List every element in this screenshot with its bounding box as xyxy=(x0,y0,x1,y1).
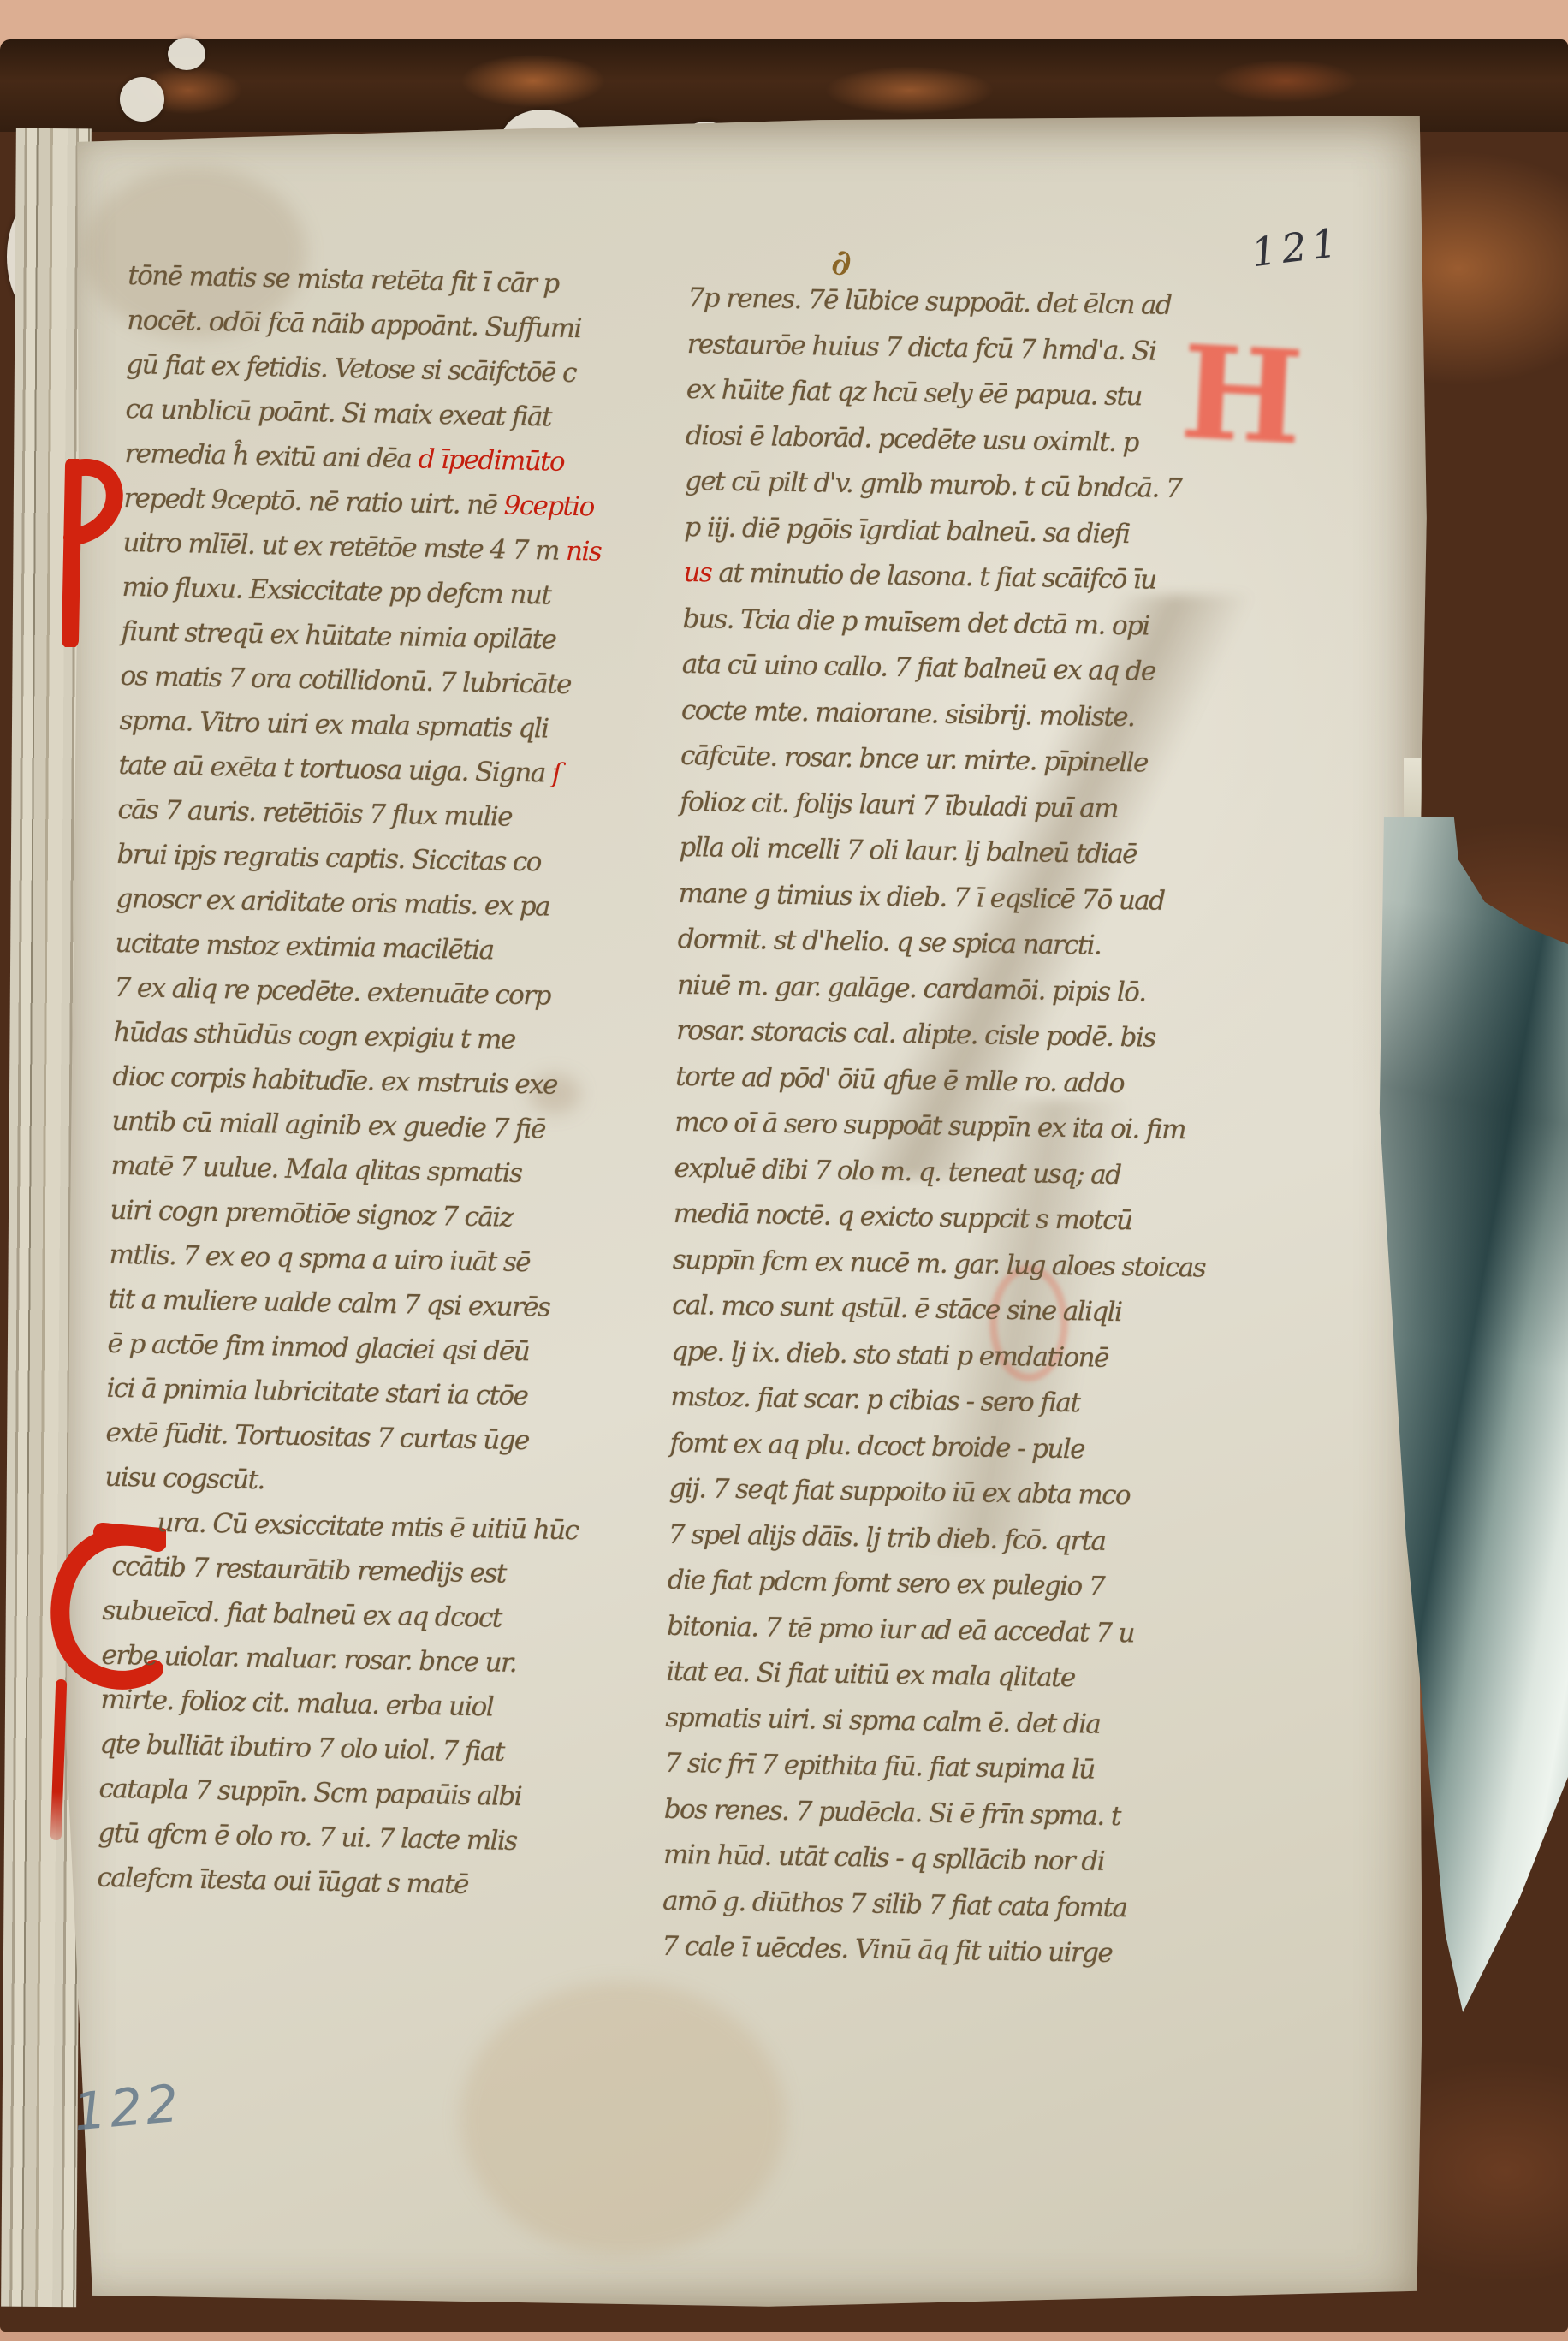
ink-text: cal. mco sunt qstūl. ē stāce sine aliqli xyxy=(672,1290,1122,1328)
ink-text: bitonia. 7 tē pmo iur ad eā accedat 7 u xyxy=(667,1610,1134,1649)
text-line: qpe. lj ix. dieb. sto stati p emdationē xyxy=(671,1328,1204,1382)
ink-text: bus. Tcia die p muīsem det dctā m. opi xyxy=(682,603,1149,641)
text-line: die fiat pdcm fomt sero ex pulegio 7 xyxy=(668,1558,1201,1612)
ink-text: ca unblicū poānt. Si maix exeat fiāt xyxy=(125,394,551,433)
ink-text: cās 7 auris. retētiōis 7 flux mulie xyxy=(117,794,512,833)
ink-text: tit a muliere ualde calm 7 qsi exurēs xyxy=(108,1284,549,1323)
ink-text: qpe. lj ix. dieb. sto stati p emdationē xyxy=(671,1335,1108,1373)
text-line: cāfcūte. rosar. bnce ur. mirte. pīpinell… xyxy=(680,734,1214,787)
text-line: get cū pilt d'v. gmlb murob. t cū bndcā.… xyxy=(685,459,1218,513)
ink-text: 7 sic frī 7 epithita fiū. fiat supima lū xyxy=(664,1748,1094,1785)
ink-text: erbe uiolar. maluar. rosar. bnce ur. xyxy=(101,1640,516,1679)
text-line: mane g timius ix dieb. 7 ī eqslicē 7ō ua… xyxy=(678,870,1211,924)
ink-text: ē p actōe fim inmod glaciei qsi dēū xyxy=(107,1328,529,1367)
ink-text: nocēt. odōi fcā nāib appoānt. Suffumi xyxy=(127,305,581,344)
text-line: fomt ex aq plu. dcoct broide - pule xyxy=(669,1420,1203,1474)
ink-text: tōnē matis se mista retēta fit ī cār p xyxy=(128,260,559,300)
rubric-text: ſ xyxy=(544,758,561,788)
ink-text: dormit. st d'helio. q se spica narcti. xyxy=(678,924,1102,961)
text-line: ex hūite fiat qz hcū sely ēē papua. stu xyxy=(686,367,1219,421)
text-line: us at minutio de lasona. t fiat scāifcō … xyxy=(683,550,1216,604)
ink-text: gū fiat ex fetidis. Vetose si scāifctōē … xyxy=(126,349,576,389)
text-line: 7 spel alijs dāīs. lj trib dieb. fcō. qr… xyxy=(668,1512,1201,1566)
ink-text: gnoscr ex ariditate oris matis. ex pa xyxy=(116,883,549,923)
ink-text: cāfcūte. rosar. bnce ur. mirte. pīpinell… xyxy=(680,740,1148,779)
ink-text: uitro mlīēl. ut ex retētōe mste 4 7 m xyxy=(122,527,559,567)
ink-text: restaurōe huius 7 dicta fcū 7 hmd'a. Si xyxy=(686,328,1155,366)
text-line: torte ad pōd' ōiū qfue ē mlle ro. addo xyxy=(675,1054,1209,1108)
ink-text: untib cū miall aginib ex guedie 7 fiē xyxy=(111,1106,545,1145)
ink-text: 7 cale ī uēcdes. Vinū āq fit uitio uirge xyxy=(662,1931,1112,1969)
text-column-right: 7p renes. 7ē lūbice suppoāt. det ēlcn ad… xyxy=(662,276,1221,1978)
ink-text: plla oli mcelli 7 oli laur. lj balneū td… xyxy=(679,832,1137,870)
ink-text: die fiat pdcm fomt sero ex pulegio 7 xyxy=(668,1565,1105,1602)
text-line: rosar. storacis cal. alipte. cisle podē.… xyxy=(676,1008,1209,1062)
text-line: bus. Tcia die p muīsem det dctā m. opi xyxy=(682,596,1215,650)
manuscript-photo: 121 ∂ 122 H tōnē matis se mista retēta f… xyxy=(0,0,1568,2341)
ink-text: mio fluxu. Exsiccitate pp defcm nut xyxy=(122,572,550,611)
ink-text: extē fūdit. Tortuositas 7 curtas ūge xyxy=(105,1417,529,1456)
ink-text: mane g timius ix dieb. 7 ī eqslicē 7ō ua… xyxy=(678,877,1164,916)
text-line: ata cū uino callo. 7 fiat balneū ex aq d… xyxy=(681,642,1215,696)
text-line: cal. mco sunt qstūl. ē stāce sine aliqli xyxy=(672,1283,1205,1337)
text-line: gij. 7 seqt fiat suppoito iū ex abta mco xyxy=(668,1466,1202,1520)
text-line: bos renes. 7 pudēcla. Si ē frīn spma. t xyxy=(663,1786,1197,1840)
ink-text: mediā noctē. q exicto suppcit s motcū xyxy=(674,1198,1132,1236)
ink-text: 7 spel alijs dāīs. lj trib dieb. fcō. qr… xyxy=(668,1518,1106,1556)
ink-text: diosi ē laborād. pcedēte usu oximlt. p xyxy=(686,419,1138,457)
pencil-folio-number: 122 xyxy=(71,2074,184,2143)
text-line: mediā noctē. q exicto suppcit s motcū xyxy=(673,1191,1206,1245)
ink-text: subueīcd. fiat balneū ex aq dcoct xyxy=(102,1595,502,1634)
ink-text: cocte mte. maiorane. sisibrij. moliste. xyxy=(681,694,1135,732)
clasp-strap-tab xyxy=(1404,758,1421,822)
ink-text: fomt ex aq plu. dcoct broide - pule xyxy=(669,1427,1084,1465)
plaster-blob xyxy=(168,38,205,70)
ink-text: remedia ĥ exitū ani dēa xyxy=(124,438,412,474)
ink-text: folioz cit. folijs lauri 7 ībuladi puī a… xyxy=(680,786,1118,823)
ink-text: hūdas sthūdūs cogn expigiu t me xyxy=(113,1017,515,1055)
text-line: cocte mte. maiorane. sisibrij. moliste. xyxy=(681,687,1215,741)
ink-text: fiunt streqū ex hūitate nimia opilāte xyxy=(121,616,556,656)
text-line: bitonia. 7 tē pmo iur ad eā accedat 7 u xyxy=(667,1603,1200,1657)
text-line: plla oli mcelli 7 oli laur. lj balneū td… xyxy=(679,825,1212,879)
ink-text: repedt 9ceptō. nē ratio uirt. nē xyxy=(123,483,497,520)
ink-text: mco oī ā sero suppoāt suppīn ex ita oi. … xyxy=(674,1107,1185,1145)
text-line: min hūd. utāt calis - q spllācib nor di xyxy=(663,1833,1197,1886)
text-line: folioz cit. folijs lauri 7 ībuladi puī a… xyxy=(680,779,1213,833)
ink-text: brui ipjs regratis captis. Siccitas co xyxy=(116,839,541,878)
ink-text: qte bulliāt ibutiro 7 olo uiol. 7 fiat xyxy=(99,1729,504,1768)
ink-text: os matis 7 ora cotillidonū. 7 lubricāte xyxy=(120,661,571,700)
ink-text: calefcm ītesta oui īūgat s matē xyxy=(97,1863,468,1900)
ink-text: dioc corpis habitudīe. ex mstruis exe xyxy=(112,1061,557,1101)
ink-text: mirte. folioz cit. malua. erba uiol xyxy=(100,1684,493,1723)
ink-text: 7 ex aliq re pcedēte. extenuāte corp xyxy=(114,972,550,1012)
ink-text: expluē dibi 7 olo m. q. teneat usq; ad xyxy=(674,1152,1120,1190)
ink-text: ata cū uino callo. 7 fiat balneū ex aq d… xyxy=(682,649,1155,687)
ink-text: ici ā pnimia lubricitate stari ia ctōe xyxy=(106,1373,527,1411)
text-line: 7 sic frī 7 epithita fiū. fiat supima lū xyxy=(664,1741,1197,1795)
ink-text: bos renes. 7 pudēcla. Si ē frīn spma. t xyxy=(664,1793,1121,1831)
text-line: niuē m. gar. galāge. cardamōi. pipis lō. xyxy=(677,962,1210,1016)
ink-text: matē 7 uulue. Mala qlitas spmatis xyxy=(110,1150,522,1189)
rubric-text: nis xyxy=(559,536,602,567)
rubric-text: 9ceptio xyxy=(496,490,594,522)
ink-text: suppīn fcm ex nucē m. gar. lug aloes sto… xyxy=(673,1244,1206,1283)
text-line: 7 cale ī uēcdes. Vinū āq fit uitio uirge xyxy=(662,1924,1195,1978)
rubric-text: us xyxy=(683,557,718,589)
text-line: calefcm ītesta oui īūgat s matē xyxy=(97,1856,576,1910)
ink-text: torte ad pōd' ōiū qfue ē mlle ro. addo xyxy=(675,1061,1124,1098)
ink-text: amō g. diūthos 7 silib 7 fiat cata fomta xyxy=(662,1885,1127,1923)
text-line: diosi ē laborād. pcedēte usu oximlt. p xyxy=(686,413,1219,466)
text-line: spmatis uiri. si spma calm ē. det dia xyxy=(665,1695,1198,1749)
plaster-blob xyxy=(120,77,164,122)
text-line: p iij. diē pgōis īgrdiat balneū. sa dief… xyxy=(684,504,1217,558)
ink-text: ucitate mstoz extimia macilētia xyxy=(115,928,494,966)
ink-text: catapla 7 suppīn. Scm papaūis albi xyxy=(98,1774,521,1812)
ink-text: gtū qfcm ē olo ro. 7 ui. 7 lacte mlis xyxy=(98,1818,517,1857)
text-line: dormit. st d'helio. q se spica narcti. xyxy=(677,917,1210,971)
ink-text: gij. 7 seqt fiat suppoito iū ex abta mco xyxy=(668,1473,1130,1511)
ink-text: uisu cogscūt. xyxy=(104,1462,264,1496)
ink-text: uiri cogn premōtiōe signoz 7 cāiz xyxy=(110,1195,512,1233)
ink-text: at minutio de lasona. t fiat scāifcō īu xyxy=(718,558,1156,596)
text-column-left: tōnē matis se mista retēta fit ī cār pno… xyxy=(97,253,607,1909)
ink-text: min hūd. utāt calis - q spllācib nor di xyxy=(663,1839,1105,1877)
text-line: itat ea. Si fiat uitiū ex mala qlitate xyxy=(666,1649,1199,1703)
ink-text: niuē m. gar. galāge. cardamōi. pipis lō. xyxy=(677,969,1146,1007)
text-line: expluē dibi 7 olo m. q. teneat usq; ad xyxy=(674,1145,1207,1199)
ink-text: spma. Vitro uiri ex mala spmatis qli xyxy=(119,705,549,745)
ink-text: get cū pilt d'v. gmlb murob. t cū bndcā.… xyxy=(685,466,1182,504)
text-line: suppīn fcm ex nucē m. gar. lug aloes sto… xyxy=(673,1237,1206,1291)
ink-text: ccātib 7 restaurātib remedijs est xyxy=(111,1551,506,1589)
text-line: 7p renes. 7ē lūbice suppoāt. det ēlcn ad xyxy=(687,276,1221,330)
ink-text: itat ea. Si fiat uitiū ex mala qlitate xyxy=(666,1656,1075,1693)
ink-text: spmatis uiri. si spma calm ē. det dia xyxy=(665,1702,1100,1739)
ink-text: ura. Cū exsiccitate mtis ē uitiū hūc xyxy=(157,1507,579,1546)
ink-text: mstoz. fiat scar. p cibias - sero fiat xyxy=(670,1381,1079,1419)
text-line: mco oī ā sero suppoāt suppīn ex ita oi. … xyxy=(674,1100,1208,1154)
text-line: mstoz. fiat scar. p cibias - sero fiat xyxy=(670,1375,1203,1429)
ink-text: rosar. storacis cal. alipte. cisle podē.… xyxy=(676,1015,1155,1054)
ink-text: tate aū exēta t tortuosa uiga. Signa xyxy=(118,750,545,789)
text-line: restaurōe huius 7 dicta fcū 7 hmd'a. Si xyxy=(686,321,1220,375)
ink-text: p iij. diē pgōis īgrdiat balneū. sa dief… xyxy=(684,511,1130,549)
ink-text: 7p renes. 7ē lūbice suppoāt. det ēlcn ad xyxy=(687,282,1171,321)
ink-text: ex hūite fiat qz hcū sely ēē papua. stu xyxy=(686,374,1142,412)
ink-text: mtlis. 7 ex eo q spma a uiro iuāt sē xyxy=(109,1239,530,1278)
text-line: amō g. diūthos 7 silib 7 fiat cata fomta xyxy=(662,1878,1196,1932)
rubric-text: d īpedimūto xyxy=(411,443,564,477)
parchment-stain xyxy=(460,1982,786,2255)
